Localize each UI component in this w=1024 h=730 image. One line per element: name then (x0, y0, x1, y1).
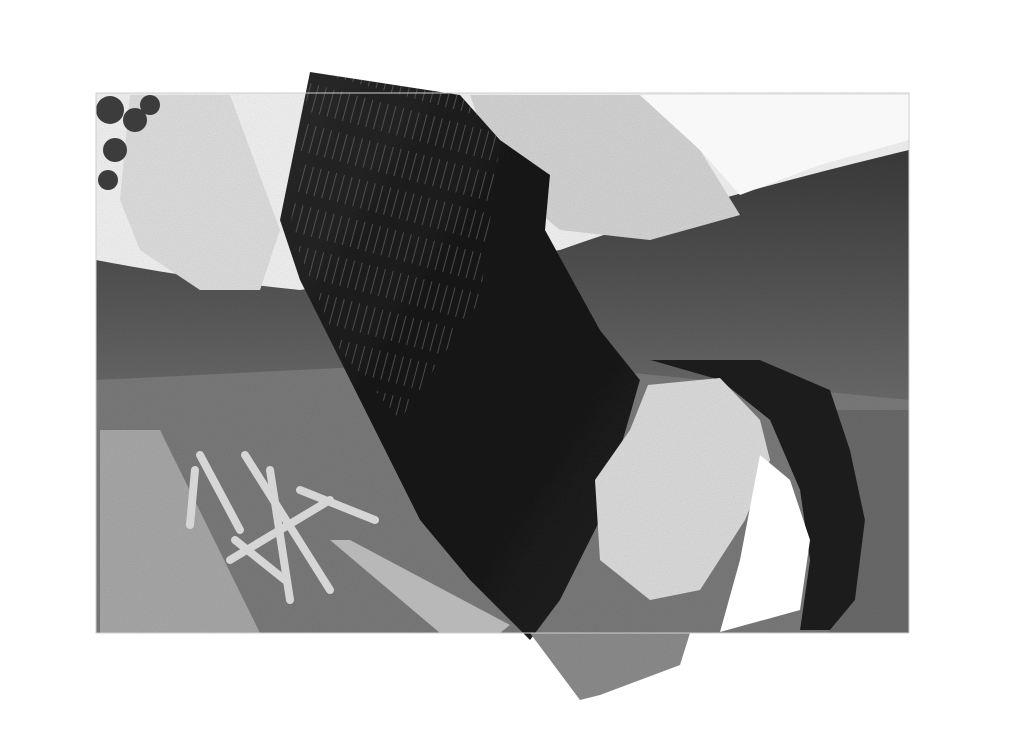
collage-artwork (0, 0, 1024, 730)
